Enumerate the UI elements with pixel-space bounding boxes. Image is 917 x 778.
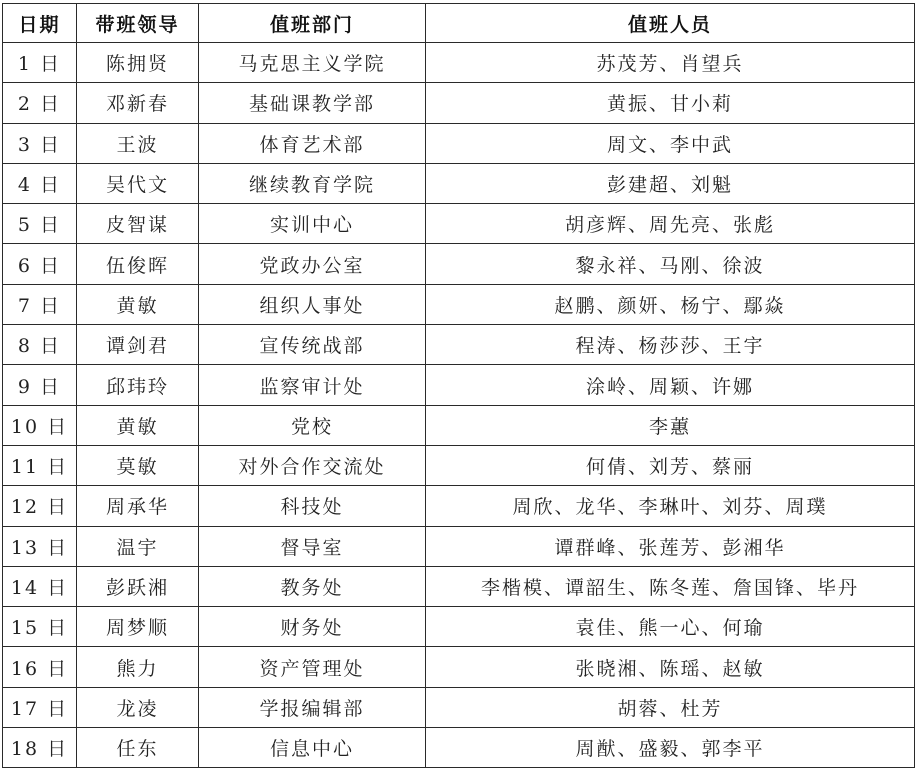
cell-department: 体育艺术部	[199, 123, 426, 163]
cell-leader: 温宇	[77, 526, 199, 566]
table-row: 15 日周梦顺财务处袁佳、熊一心、何瑜	[3, 607, 915, 647]
table-row: 17 日龙凌学报编辑部胡蓉、杜芳	[3, 687, 915, 727]
cell-date: 9 日	[3, 365, 77, 405]
cell-department: 教务处	[199, 566, 426, 606]
cell-leader: 彭跃湘	[77, 566, 199, 606]
cell-staff: 赵鹏、颜妍、杨宁、鄢焱	[426, 284, 915, 324]
table-row: 9 日邱玮玲监察审计处涂岭、周颖、许娜	[3, 365, 915, 405]
cell-department: 党政办公室	[199, 244, 426, 284]
cell-date: 13 日	[3, 526, 77, 566]
cell-department: 组织人事处	[199, 284, 426, 324]
table-row: 12 日周承华科技处周欣、龙华、李琳叶、刘芬、周璞	[3, 486, 915, 526]
cell-date: 14 日	[3, 566, 77, 606]
cell-leader: 皮智谋	[77, 204, 199, 244]
table-row: 14 日彭跃湘教务处李楷模、谭韶生、陈冬莲、詹国锋、毕丹	[3, 566, 915, 606]
cell-staff: 张晓湘、陈瑶、赵敏	[426, 647, 915, 687]
cell-leader: 谭剑君	[77, 325, 199, 365]
cell-department: 马克思主义学院	[199, 43, 426, 83]
cell-staff: 黄振、甘小莉	[426, 83, 915, 123]
cell-date: 5 日	[3, 204, 77, 244]
table-row: 5 日皮智谋实训中心胡彦辉、周先亮、张彪	[3, 204, 915, 244]
cell-department: 学报编辑部	[199, 687, 426, 727]
cell-department: 对外合作交流处	[199, 445, 426, 485]
duty-schedule-table: 日期 带班领导 值班部门 值班人员 1 日陈拥贤马克思主义学院苏茂芳、肖望兵2 …	[2, 3, 915, 768]
cell-leader: 周梦顺	[77, 607, 199, 647]
cell-staff: 谭群峰、张莲芳、彭湘华	[426, 526, 915, 566]
cell-date: 6 日	[3, 244, 77, 284]
cell-date: 16 日	[3, 647, 77, 687]
cell-date: 7 日	[3, 284, 77, 324]
cell-date: 8 日	[3, 325, 77, 365]
cell-leader: 黄敏	[77, 284, 199, 324]
cell-leader: 任东	[77, 728, 199, 768]
cell-leader: 伍俊晖	[77, 244, 199, 284]
cell-department: 督导室	[199, 526, 426, 566]
cell-leader: 龙凌	[77, 687, 199, 727]
table-row: 18 日任东信息中心周猷、盛毅、郭李平	[3, 728, 915, 768]
cell-staff: 程涛、杨莎莎、王宇	[426, 325, 915, 365]
cell-leader: 黄敏	[77, 405, 199, 445]
cell-leader: 邱玮玲	[77, 365, 199, 405]
table-row: 1 日陈拥贤马克思主义学院苏茂芳、肖望兵	[3, 43, 915, 83]
cell-department: 继续教育学院	[199, 163, 426, 203]
cell-date: 11 日	[3, 445, 77, 485]
table-row: 3 日王波体育艺术部周文、李中武	[3, 123, 915, 163]
cell-department: 宣传统战部	[199, 325, 426, 365]
table-row: 16 日熊力资产管理处张晓湘、陈瑶、赵敏	[3, 647, 915, 687]
cell-staff: 彭建超、刘魁	[426, 163, 915, 203]
cell-staff: 何倩、刘芳、蔡丽	[426, 445, 915, 485]
table-row: 10 日黄敏党校李蕙	[3, 405, 915, 445]
table-row: 2 日邓新春基础课教学部黄振、甘小莉	[3, 83, 915, 123]
cell-date: 17 日	[3, 687, 77, 727]
cell-department: 监察审计处	[199, 365, 426, 405]
cell-staff: 胡彦辉、周先亮、张彪	[426, 204, 915, 244]
cell-date: 10 日	[3, 405, 77, 445]
header-row: 日期 带班领导 值班部门 值班人员	[3, 4, 915, 43]
header-date: 日期	[3, 4, 77, 43]
cell-department: 基础课教学部	[199, 83, 426, 123]
cell-date: 2 日	[3, 83, 77, 123]
cell-staff: 涂岭、周颖、许娜	[426, 365, 915, 405]
cell-department: 资产管理处	[199, 647, 426, 687]
cell-date: 3 日	[3, 123, 77, 163]
cell-department: 党校	[199, 405, 426, 445]
cell-staff: 李楷模、谭韶生、陈冬莲、詹国锋、毕丹	[426, 566, 915, 606]
cell-staff: 黎永祥、马刚、徐波	[426, 244, 915, 284]
table-row: 8 日谭剑君宣传统战部程涛、杨莎莎、王宇	[3, 325, 915, 365]
cell-staff: 周欣、龙华、李琳叶、刘芬、周璞	[426, 486, 915, 526]
cell-staff: 苏茂芳、肖望兵	[426, 43, 915, 83]
cell-department: 实训中心	[199, 204, 426, 244]
cell-staff: 李蕙	[426, 405, 915, 445]
table-row: 4 日吴代文继续教育学院彭建超、刘魁	[3, 163, 915, 203]
cell-date: 18 日	[3, 728, 77, 768]
table-row: 6 日伍俊晖党政办公室黎永祥、马刚、徐波	[3, 244, 915, 284]
cell-leader: 周承华	[77, 486, 199, 526]
header-leader: 带班领导	[77, 4, 199, 43]
table-row: 13 日温宇督导室谭群峰、张莲芳、彭湘华	[3, 526, 915, 566]
cell-date: 4 日	[3, 163, 77, 203]
table-row: 11 日莫敏对外合作交流处何倩、刘芳、蔡丽	[3, 445, 915, 485]
cell-date: 15 日	[3, 607, 77, 647]
cell-department: 信息中心	[199, 728, 426, 768]
cell-staff: 周猷、盛毅、郭李平	[426, 728, 915, 768]
cell-staff: 胡蓉、杜芳	[426, 687, 915, 727]
cell-staff: 周文、李中武	[426, 123, 915, 163]
cell-date: 12 日	[3, 486, 77, 526]
header-department: 值班部门	[199, 4, 426, 43]
cell-date: 1 日	[3, 43, 77, 83]
cell-staff: 袁佳、熊一心、何瑜	[426, 607, 915, 647]
cell-leader: 莫敏	[77, 445, 199, 485]
cell-department: 财务处	[199, 607, 426, 647]
cell-leader: 熊力	[77, 647, 199, 687]
cell-leader: 邓新春	[77, 83, 199, 123]
table-row: 7 日黄敏组织人事处赵鹏、颜妍、杨宁、鄢焱	[3, 284, 915, 324]
cell-leader: 王波	[77, 123, 199, 163]
cell-department: 科技处	[199, 486, 426, 526]
cell-leader: 吴代文	[77, 163, 199, 203]
header-staff: 值班人员	[426, 4, 915, 43]
cell-leader: 陈拥贤	[77, 43, 199, 83]
